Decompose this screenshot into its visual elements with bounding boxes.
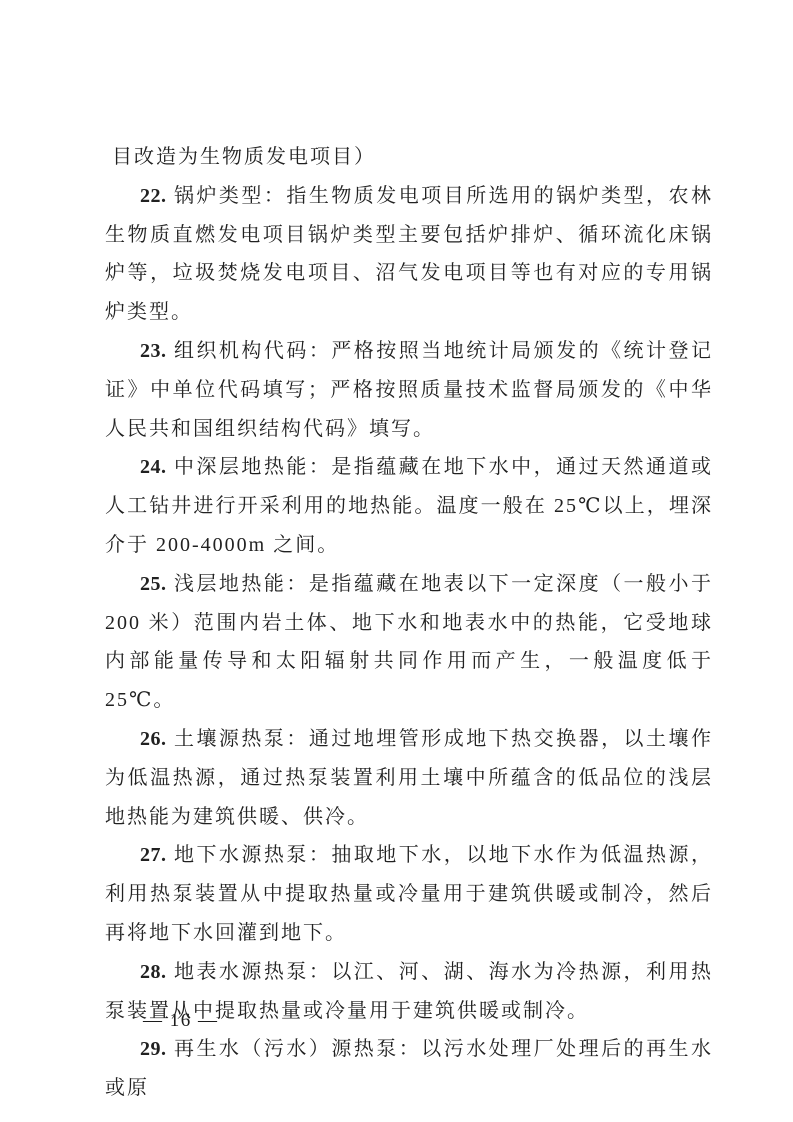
- paragraph-text: 土壤源热泵：通过地埋管形成地下热交换器，以土壤作为低温热源，通过热泵装置利用土壤…: [105, 728, 713, 828]
- paragraph-22: 22.锅炉类型：指生物质发电项目所选用的锅炉类型，农林生物质直燃发电项目锅炉类型…: [105, 177, 713, 332]
- paragraph-text: 组织机构代码：严格按照当地统计局颁发的《统计登记证》中单位代码填写；严格按照质量…: [105, 340, 713, 440]
- paragraph-number: 27.: [140, 844, 167, 866]
- paragraph-text: 地下水源热泵：抽取地下水，以地下水作为低温热源，利用热泵装置从中提取热量或冷量用…: [105, 844, 713, 944]
- paragraph-text: 目改造为生物质发电项目）: [112, 146, 376, 168]
- paragraph-29: 29.再生水（污水）源热泵：以污水处理厂处理后的再生水或原: [105, 1030, 713, 1108]
- paragraph-26: 26.土壤源热泵：通过地埋管形成地下热交换器，以土壤作为低温热源，通过热泵装置利…: [105, 720, 713, 836]
- paragraph-text: 再生水（污水）源热泵：以污水处理厂处理后的再生水或原: [105, 1038, 713, 1099]
- paragraph-27: 27.地下水源热泵：抽取地下水，以地下水作为低温热源，利用热泵装置从中提取热量或…: [105, 836, 713, 952]
- document-page: 目改造为生物质发电项目） 22.锅炉类型：指生物质发电项目所选用的锅炉类型，农林…: [0, 0, 793, 1122]
- paragraph-number: 29.: [140, 1038, 167, 1060]
- paragraph-number: 26.: [140, 728, 167, 750]
- paragraph-text: 中深层地热能：是指蕴藏在地下水中，通过天然通道或人工钻井进行开采利用的地热能。温…: [105, 456, 713, 556]
- paragraph-text: 锅炉类型：指生物质发电项目所选用的锅炉类型，农林生物质直燃发电项目锅炉类型主要包…: [105, 185, 713, 323]
- paragraph-continuation: 目改造为生物质发电项目）: [105, 138, 713, 177]
- document-body: 目改造为生物质发电项目） 22.锅炉类型：指生物质发电项目所选用的锅炉类型，农林…: [105, 138, 713, 1108]
- paragraph-text: 浅层地热能：是指蕴藏在地表以下一定深度（一般小于 200 米）范围内岩土体、地下…: [105, 573, 713, 711]
- paragraph-25: 25.浅层地热能：是指蕴藏在地表以下一定深度（一般小于 200 米）范围内岩土体…: [105, 565, 713, 720]
- paragraph-number: 22.: [140, 185, 167, 207]
- paragraph-24: 24.中深层地热能：是指蕴藏在地下水中，通过天然通道或人工钻井进行开采利用的地热…: [105, 448, 713, 564]
- paragraph-number: 24.: [140, 456, 167, 478]
- page-number-footer: — 16 —: [143, 1010, 219, 1032]
- paragraph-23: 23.组织机构代码：严格按照当地统计局颁发的《统计登记证》中单位代码填写；严格按…: [105, 332, 713, 448]
- paragraph-number: 23.: [140, 340, 167, 362]
- paragraph-number: 28.: [140, 961, 167, 983]
- paragraph-number: 25.: [140, 573, 167, 595]
